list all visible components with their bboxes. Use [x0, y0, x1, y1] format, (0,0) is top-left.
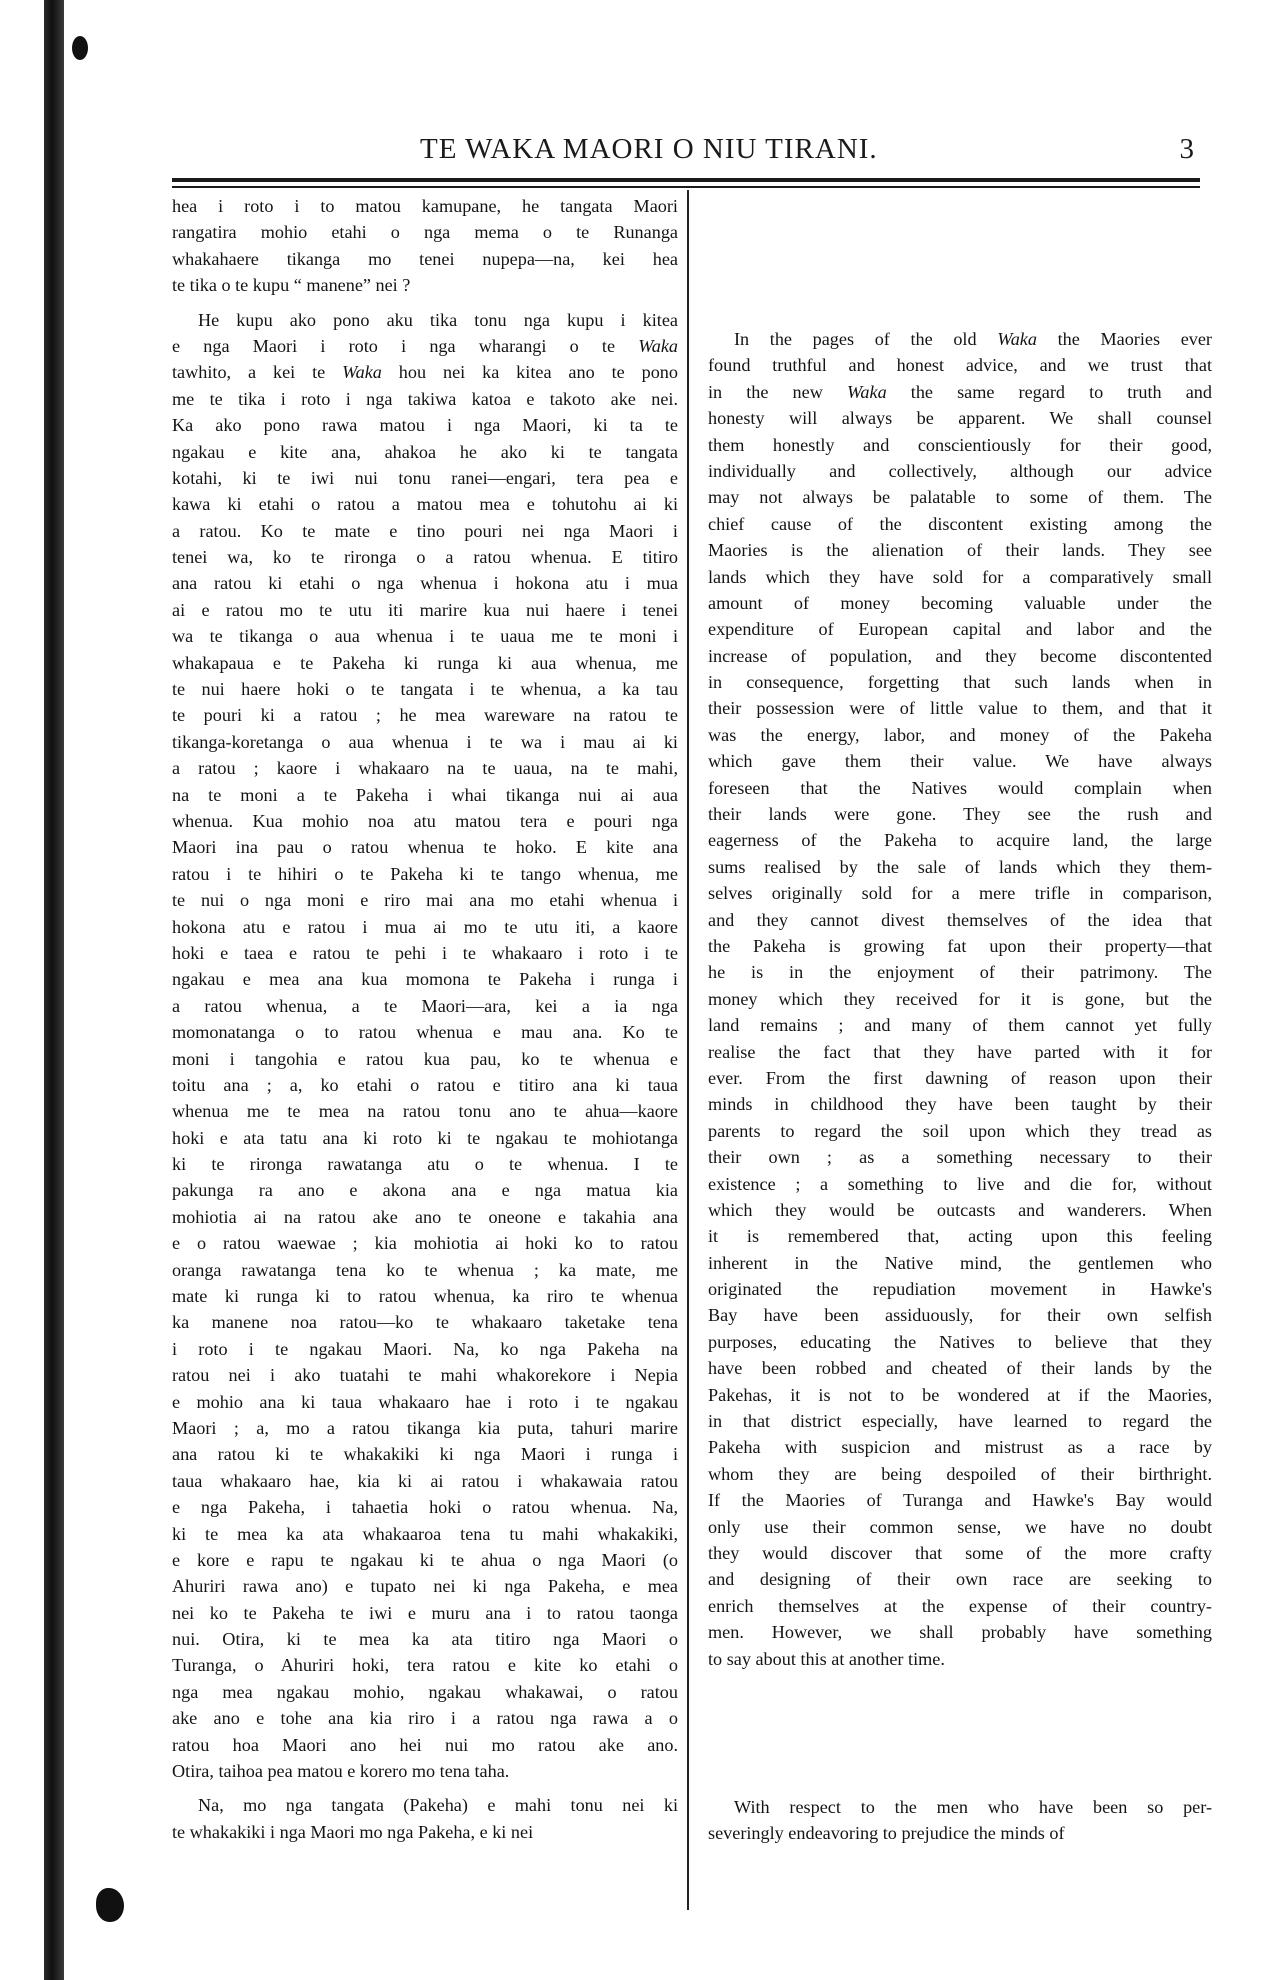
text-line: their own ; as a something necessary to … [708, 1144, 1212, 1170]
text-line: Maori ina pau o ratou whenua te hoko. E … [172, 834, 678, 860]
text-line: If the Maories of Turanga and Hawke's Ba… [708, 1487, 1212, 1513]
text-line: them honestly and conscientiously for th… [708, 432, 1212, 458]
text-line: rangatira mohio etahi o nga mema o te Ru… [172, 219, 678, 245]
text-line: Na, mo nga tangata (Pakeha) e mahi tonu … [172, 1792, 678, 1818]
text-line: na te moni a te Pakeha i whai tikanga nu… [172, 782, 678, 808]
text-line: ratou nei i ako tuatahi te mahi whakorek… [172, 1362, 678, 1388]
text-line: parents to regard the soil upon which th… [708, 1118, 1212, 1144]
text-line: existence ; a something to live and die … [708, 1171, 1212, 1197]
text-line: Pakehas, it is not to be wondered at if … [708, 1382, 1212, 1408]
text-line: whakapaua e te Pakeha ki runga ki aua wh… [172, 650, 678, 676]
running-title: TE WAKA MAORI O NIU TIRANI. [420, 133, 878, 166]
paragraph-gap [708, 1672, 1212, 1794]
binding-hole-mark [72, 36, 88, 60]
paragraph-gap [172, 1784, 678, 1792]
text-line: have been robbed and cheated of their la… [708, 1355, 1212, 1381]
text-line: Turanga, o Ahuriri hoki, tera ratou e ki… [172, 1652, 678, 1678]
text-line: ana ratou ki te whakakiki ki nga Maori i… [172, 1441, 678, 1467]
text-line: mate ki runga ki to ratou whenua, ka rir… [172, 1283, 678, 1309]
text-line: ka manene noa ratou—ko te whakaaro taket… [172, 1309, 678, 1335]
text-line: in that district especially, have learne… [708, 1408, 1212, 1434]
text-line: in consequence, forgetting that such lan… [708, 669, 1212, 695]
header-rule-thick [172, 178, 1200, 182]
text-line: foreseen that the Natives would complain… [708, 775, 1212, 801]
text-line: a ratou. Ko te mate e tino pouri nei nga… [172, 518, 678, 544]
text-line: minds in childhood they have been taught… [708, 1091, 1212, 1117]
text-line: mohiotia ai na ratou ake ano te oneone e… [172, 1204, 678, 1230]
page-number: 3 [1180, 133, 1195, 166]
text-line: me te tika i roto i nga takiwa katoa e t… [172, 386, 678, 412]
text-line: kotahi, ki te iwi nui tonu ranei—engari,… [172, 465, 678, 491]
paragraph: In the pages of the old Waka the Maories… [708, 326, 1212, 1672]
text-line: found truthful and honest advice, and we… [708, 352, 1212, 378]
text-line: momonatanga o to ratou whenua e mau ana.… [172, 1019, 678, 1045]
text-line: whakahaere tikanga mo tenei nupepa—na, k… [172, 246, 678, 272]
text-line: increase of population, and they become … [708, 643, 1212, 669]
text-line: Pakeha with suspicion and mistrust as a … [708, 1434, 1212, 1460]
text-line: hea i roto i to matou kamupane, he tanga… [172, 193, 678, 219]
text-line: only use their common sense, we have no … [708, 1514, 1212, 1540]
paragraph: With respect to the men who have been so… [708, 1794, 1212, 1847]
text-line: men. However, we shall probably have som… [708, 1619, 1212, 1645]
text-line: te pouri ki a ratou ; he mea wareware na… [172, 702, 678, 728]
text-line: taua whakaaro hae, kia ki ai ratou i wha… [172, 1468, 678, 1494]
text-line: Maori ; a, mo a ratou tikanga kia puta, … [172, 1415, 678, 1441]
text-line: a ratou ; kaore i whakaaro na te uaua, n… [172, 755, 678, 781]
text-line: ake ano e tohe ana kia riro i a ratou ng… [172, 1705, 678, 1731]
text-line: ratou i te hihiri o te Pakeha ki te tang… [172, 861, 678, 887]
text-line: ki te mea ka ata whakaaroa tena tu mahi … [172, 1521, 678, 1547]
header-rule-thin [172, 186, 1200, 188]
text-line: amount of money becoming valuable under … [708, 590, 1212, 616]
text-line: selves originally sold for a mere trifle… [708, 880, 1212, 906]
text-line: e nga Pakeha, i tahaetia hoki o ratou wh… [172, 1494, 678, 1520]
text-line: the Pakeha is growing fat upon their pro… [708, 933, 1212, 959]
text-line: he is in the enjoyment of their patrimon… [708, 959, 1212, 985]
text-line: toitu ana ; a, ko etahi o ratou e titiro… [172, 1072, 678, 1098]
text-line: ai e ratou mo te utu iti marire kua nui … [172, 597, 678, 623]
text-line: ratou hoa Maori ano hei nui mo ratou ake… [172, 1732, 678, 1758]
text-line: enrich themselves at the expense of thei… [708, 1593, 1212, 1619]
text-line: e kore e rapu te ngakau ki te ahua o nga… [172, 1547, 678, 1573]
paragraph: Na, mo nga tangata (Pakeha) e mahi tonu … [172, 1792, 678, 1845]
text-line: whom they are being despoiled of their b… [708, 1461, 1212, 1487]
text-line: In the pages of the old Waka the Maories… [708, 326, 1212, 352]
text-line: expenditure of European capital and labo… [708, 616, 1212, 642]
text-line: e o ratou waewae ; kia mohiotia ai hoki … [172, 1230, 678, 1256]
text-line: kawa ki etahi o ratou a matou mea e tohu… [172, 491, 678, 517]
binding-spine [44, 0, 64, 1980]
text-line: te tika o te kupu “ manene” nei ? [172, 272, 678, 298]
text-line: ever. From the first dawning of reason u… [708, 1065, 1212, 1091]
text-line: te whakakiki i nga Maori mo nga Pakeha, … [172, 1819, 678, 1845]
text-line: i roto i te ngakau Maori. Na, ko nga Pak… [172, 1336, 678, 1362]
text-line: which gave them their value. We have alw… [708, 748, 1212, 774]
text-line: and designing of their own race are seek… [708, 1566, 1212, 1592]
column-divider [687, 190, 689, 1910]
text-line: whenua me te mea na ratou tonu ano te ah… [172, 1098, 678, 1124]
text-line: nga mea ngakau mohio, ngakau whakawai, o… [172, 1679, 678, 1705]
text-line: Bay have been assiduously, for their own… [708, 1302, 1212, 1328]
text-line: tenei wa, ko te rironga o a ratou whenua… [172, 544, 678, 570]
text-line: He kupu ako pono aku tika tonu nga kupu … [172, 307, 678, 333]
text-line: it is remembered that, acting upon this … [708, 1223, 1212, 1249]
text-line: severingly endeavoring to prejudice the … [708, 1820, 1212, 1846]
paragraph: hea i roto i to matou kamupane, he tanga… [172, 193, 678, 299]
text-line: wa te tikanga o aua whenua i te uaua me … [172, 623, 678, 649]
text-line: ana ratou ki etahi o nga whenua i hokona… [172, 570, 678, 596]
text-line: lands which they have sold for a compara… [708, 564, 1212, 590]
paragraph: He kupu ako pono aku tika tonu nga kupu … [172, 307, 678, 1785]
text-line: they would discover that some of the mor… [708, 1540, 1212, 1566]
text-line: Otira, taihoa pea matou e korero mo tena… [172, 1758, 678, 1784]
paragraph-gap [172, 299, 678, 307]
text-line: tawhito, a kei te Waka hou nei ka kitea … [172, 359, 678, 385]
text-line: moni i tangohia e ratou kua pau, ko te w… [172, 1046, 678, 1072]
text-line: ki te rironga rawatanga atu o te whenua.… [172, 1151, 678, 1177]
text-line: money which they received for it is gone… [708, 986, 1212, 1012]
text-line: e mohio ana ki taua whakaaro hae i roto … [172, 1389, 678, 1415]
text-line: hoki e taea e ratou te pehi i te whakaar… [172, 940, 678, 966]
text-line: sums realised by the sale of lands which… [708, 854, 1212, 880]
text-line: Maories is the alienation of their lands… [708, 537, 1212, 563]
text-line: land remains ; and many of them cannot y… [708, 1012, 1212, 1038]
text-line: and they cannot divest themselves of the… [708, 907, 1212, 933]
text-line: to say about this at another time. [708, 1646, 1212, 1672]
text-line: ngakau e kite ana, ahakoa he ako ki te t… [172, 439, 678, 465]
text-line: their lands were gone. They see the rush… [708, 801, 1212, 827]
text-line: eagerness of the Pakeha to acquire land,… [708, 827, 1212, 853]
text-line: a ratou whenua, a te Maori—ara, kei a ia… [172, 993, 678, 1019]
text-line: pakunga ra ano e akona ana e nga matua k… [172, 1177, 678, 1203]
text-line: whenua. Kua mohio noa atu matou tera e p… [172, 808, 678, 834]
right-column-english-text: In the pages of the old Waka the Maories… [708, 326, 1212, 1847]
text-line: which they would be outcasts and wandere… [708, 1197, 1212, 1223]
text-line: hokona atu e ratou i mua ai mo te utu it… [172, 914, 678, 940]
text-line: inherent in the Native mind, the gentlem… [708, 1250, 1212, 1276]
left-column-maori-text: hea i roto i to matou kamupane, he tanga… [172, 193, 678, 1845]
binding-knot-mark [96, 1888, 124, 1922]
text-line: nui. Otira, ki te mea ka ata titiro nga … [172, 1626, 678, 1652]
text-line: originated the repudiation movement in H… [708, 1276, 1212, 1302]
text-line: te nui haere hoki o te tangata i te when… [172, 676, 678, 702]
text-line: oranga rawatanga tena ko te whenua ; ka … [172, 1257, 678, 1283]
text-line: tikanga-koretanga o aua whenua i te wa i… [172, 729, 678, 755]
text-line: honesty will always be apparent. We shal… [708, 405, 1212, 431]
text-line: nei ko te Pakeha te iwi e muru ana i to … [172, 1600, 678, 1626]
text-line: te nui o nga moni e riro mai ana mo etah… [172, 887, 678, 913]
text-line: may not always be palatable to some of t… [708, 484, 1212, 510]
text-line: Ka ako pono rawa matou i nga Maori, ki t… [172, 412, 678, 438]
page-header: TE WAKA MAORI O NIU TIRANI. 3 [170, 133, 1200, 169]
text-line: purposes, educating the Natives to belie… [708, 1329, 1212, 1355]
text-line: individually and collectively, although … [708, 458, 1212, 484]
text-line: in the new Waka the same regard to truth… [708, 379, 1212, 405]
text-line: was the energy, labor, and money of the … [708, 722, 1212, 748]
text-line: ngakau e mea ana kua momona te Pakeha i … [172, 966, 678, 992]
text-line: With respect to the men who have been so… [708, 1794, 1212, 1820]
text-line: chief cause of the discontent existing a… [708, 511, 1212, 537]
text-line: their possession were of little value to… [708, 695, 1212, 721]
text-line: hoki e ata tatu ana ki roto ki te ngakau… [172, 1125, 678, 1151]
text-line: realise the fact that they have parted w… [708, 1039, 1212, 1065]
text-line: Ahuriri rawa ano) e tupato nei ki nga Pa… [172, 1573, 678, 1599]
text-line: e nga Maori i roto i nga wharangi o te W… [172, 333, 678, 359]
